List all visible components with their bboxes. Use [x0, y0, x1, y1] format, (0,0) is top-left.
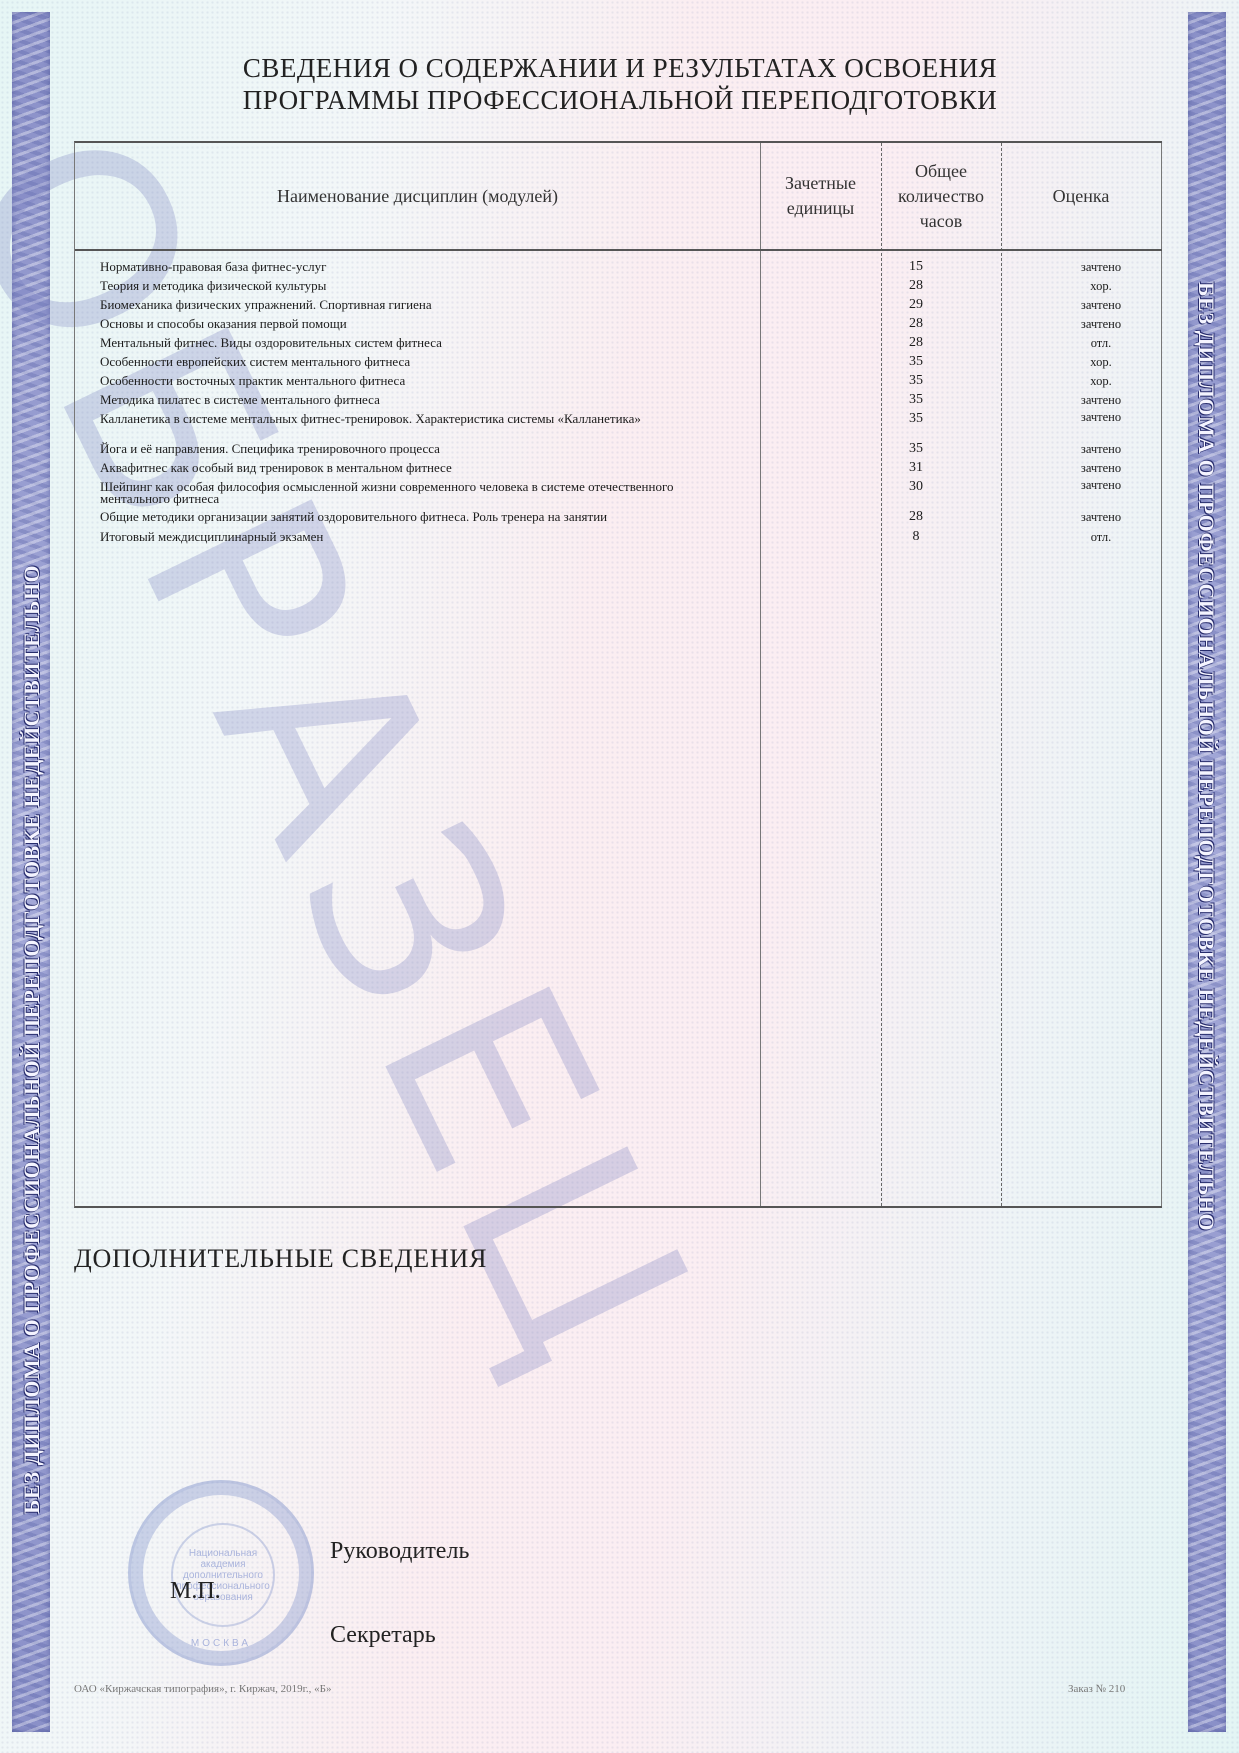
hours-cell: 15 [891, 261, 941, 273]
order-number: Заказ № 210 [1068, 1683, 1125, 1695]
hours-cell: 28 [891, 318, 941, 330]
hours-cell: 35 [891, 443, 941, 455]
grade-cell: зачтено [1041, 479, 1161, 491]
discipline-name-cell: Итоговый междисциплинарный экзамен [100, 531, 740, 543]
seal-label: М.П. [170, 1578, 221, 1605]
discipline-name-cell: Основы и способы оказания первой помощи [100, 318, 740, 330]
title-line-1: СВЕДЕНИЯ О СОДЕРЖАНИИ И РЕЗУЛЬТАТАХ ОСВО… [180, 52, 1060, 84]
disciplines-table: Наименование дисциплин (модулей) Зачетны… [74, 141, 1162, 1208]
discipline-name-cell: Теория и методика физической культуры [100, 280, 740, 292]
printer-info: ОАО «Киржачская типография», г. Киржач, … [74, 1683, 332, 1695]
additional-info-title: ДОПОЛНИТЕЛЬНЫЕ СВЕДЕНИЯ [74, 1244, 487, 1274]
header-grade: Оценка [1001, 143, 1161, 249]
column-divider [760, 143, 761, 1206]
hours-cell: 35 [891, 375, 941, 387]
discipline-name-cell: Аквафитнес как особый вид тренировок в м… [100, 462, 740, 474]
grade-cell: зачтено [1041, 443, 1161, 455]
header-divider [75, 249, 1162, 251]
grade-cell: зачтено [1041, 394, 1161, 406]
hours-cell: 35 [891, 356, 941, 368]
column-divider [1001, 143, 1002, 1206]
grade-cell: зачтено [1041, 318, 1161, 330]
discipline-name-cell: Биомеханика физических упражнений. Спорт… [100, 299, 740, 311]
page-title: СВЕДЕНИЯ О СОДЕРЖАНИИ И РЕЗУЛЬТАТАХ ОСВО… [180, 52, 1060, 116]
hours-cell: 28 [891, 337, 941, 349]
hours-cell: 8 [891, 531, 941, 543]
grade-cell: зачтено [1041, 511, 1161, 523]
header-credits: Зачетные единицы [760, 143, 881, 249]
grade-cell: хор. [1041, 280, 1161, 292]
stamp-city: МОСКВА [131, 1638, 311, 1649]
stamp-center: Национальная академия дополнительного пр… [171, 1523, 275, 1627]
grade-cell: хор. [1041, 375, 1161, 387]
grade-cell: отл. [1041, 337, 1161, 349]
hours-cell: 30 [891, 481, 941, 493]
header-discipline-name: Наименование дисциплин (модулей) [75, 143, 760, 249]
hours-cell: 35 [891, 394, 941, 406]
discipline-name-cell: Методика пилатес в системе ментального ф… [100, 394, 740, 406]
hours-cell: 28 [891, 280, 941, 292]
hours-cell: 29 [891, 299, 941, 311]
discipline-name-cell: Калланетика в системе ментальных фитнес-… [100, 413, 740, 425]
discipline-name-cell: Особенности восточных практик ментальног… [100, 375, 740, 387]
discipline-name-cell: Общие методики организации занятий оздор… [100, 511, 740, 523]
right-border-text: БЕЗ ДИПЛОМА О ПРОФЕССИОНАЛЬНОЙ ПЕРЕПОДГО… [1193, 282, 1219, 1231]
head-signature-label: Руководитель [330, 1538, 469, 1565]
grade-cell: зачтено [1041, 462, 1161, 474]
grade-cell: зачтено [1041, 299, 1161, 311]
left-border-text: БЕЗ ДИПЛОМА О ПРОФЕССИОНАЛЬНОЙ ПЕРЕПОДГО… [19, 565, 45, 1514]
header-total-hours: Общее количество часов [881, 143, 1001, 249]
official-stamp: Национальная академия дополнительного пр… [128, 1480, 314, 1666]
left-security-border: БЕЗ ДИПЛОМА О ПРОФЕССИОНАЛЬНОЙ ПЕРЕПОДГО… [12, 12, 50, 1732]
discipline-name-cell: Особенности европейских систем ментально… [100, 356, 740, 368]
discipline-name-cell: Ментальный фитнес. Виды оздоровительных … [100, 337, 740, 349]
hours-cell: 35 [891, 413, 941, 425]
secretary-signature-label: Секретарь [330, 1622, 436, 1649]
grade-cell: зачтено [1041, 261, 1161, 273]
title-line-2: ПРОГРАММЫ ПРОФЕССИОНАЛЬНОЙ ПЕРЕПОДГОТОВК… [180, 84, 1060, 116]
discipline-name-cell: Шейпинг как особая философия осмысленной… [100, 481, 740, 505]
column-divider [881, 143, 882, 1206]
grade-cell: зачтено [1041, 411, 1161, 423]
hours-cell: 28 [891, 511, 941, 523]
column-divider [1161, 143, 1162, 1206]
grade-cell: отл. [1041, 531, 1161, 543]
discipline-name-cell: Нормативно-правовая база фитнес-услуг [100, 261, 740, 273]
discipline-name-cell: Йога и её направления. Специфика трениро… [100, 443, 740, 455]
grade-cell: хор. [1041, 356, 1161, 368]
right-security-border: БЕЗ ДИПЛОМА О ПРОФЕССИОНАЛЬНОЙ ПЕРЕПОДГО… [1188, 12, 1226, 1732]
hours-cell: 31 [891, 462, 941, 474]
